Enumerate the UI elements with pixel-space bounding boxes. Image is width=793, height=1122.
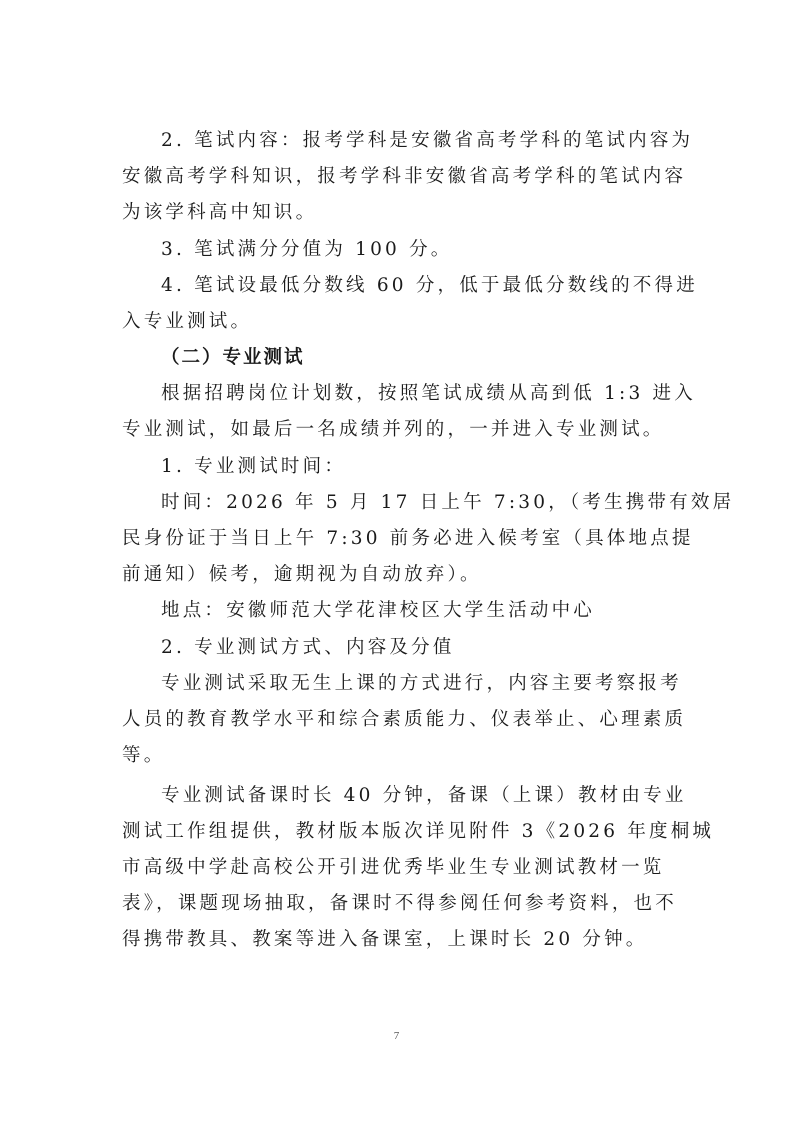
paragraph-line: 人员的教育教学水平和综合素质能力、仪表举止、心理素质 [122, 709, 686, 731]
paragraph-line: 专业测试采取无生上课的方式进行，内容主要考察报考 [161, 673, 682, 695]
paragraph-line: 表》，课题现场抽取，备课时不得参阅任何参考资料，也不 [122, 893, 677, 915]
paragraph-line: 民身份证于当日上午 7:30 前务必进入候考室（具体地点提 [122, 528, 694, 550]
paragraph-line: 为该学科高中知识。 [122, 202, 317, 224]
section-heading: （二）专业测试 [161, 347, 305, 369]
paragraph-line: 市高级中学赴高校公开引进优秀毕业生专业测试教材一览 [122, 857, 665, 879]
paragraph-line: 测试工作组提供，教材版本版次详见附件 3《2026 年度桐城 [122, 821, 714, 843]
paragraph-line: 得携带教具、教案等进入备课室，上课时长 20 分钟。 [122, 929, 648, 951]
paragraph-line: 根据招聘岗位计划数，按照笔试成绩从高到低 1:3 进入 [161, 383, 696, 405]
paragraph-line: 专业测试，如最后一名成绩并列的，一并进入专业测试。 [122, 419, 665, 441]
paragraph-line: 时间：2026 年 5 月 17 日上午 7:30，（考生携带有效居 [161, 492, 734, 514]
paragraph-line: 4. 笔试设最低分数线 60 分，低于最低分数线的不得进 [161, 275, 698, 297]
paragraph-line: 2. 笔试内容：报考学科是安徽省高考学科的笔试内容为 [161, 130, 693, 152]
paragraph-line: 2. 专业测试方式、内容及分值 [161, 637, 455, 659]
paragraph-line: 1. 专业测试时间： [161, 456, 346, 478]
paragraph-line: 前通知）候考，逾期视为自动放弃）。 [122, 564, 482, 586]
paragraph-line: 等。 [122, 745, 165, 767]
paragraph-line: 专业测试备课时长 40 分钟，备课（上课）教材由专业 [161, 785, 687, 807]
paragraph-line: 地点：安徽师范大学花津校区大学生活动中心 [161, 600, 595, 622]
paragraph-line: 安徽高考学科知识，报考学科非安徽省高考学科的笔试内容 [122, 166, 686, 188]
page-number: 7 [0, 1030, 793, 1042]
paragraph-line: 3. 笔试满分分值为 100 分。 [161, 239, 453, 261]
paragraph-line: 入专业测试。 [122, 311, 252, 333]
